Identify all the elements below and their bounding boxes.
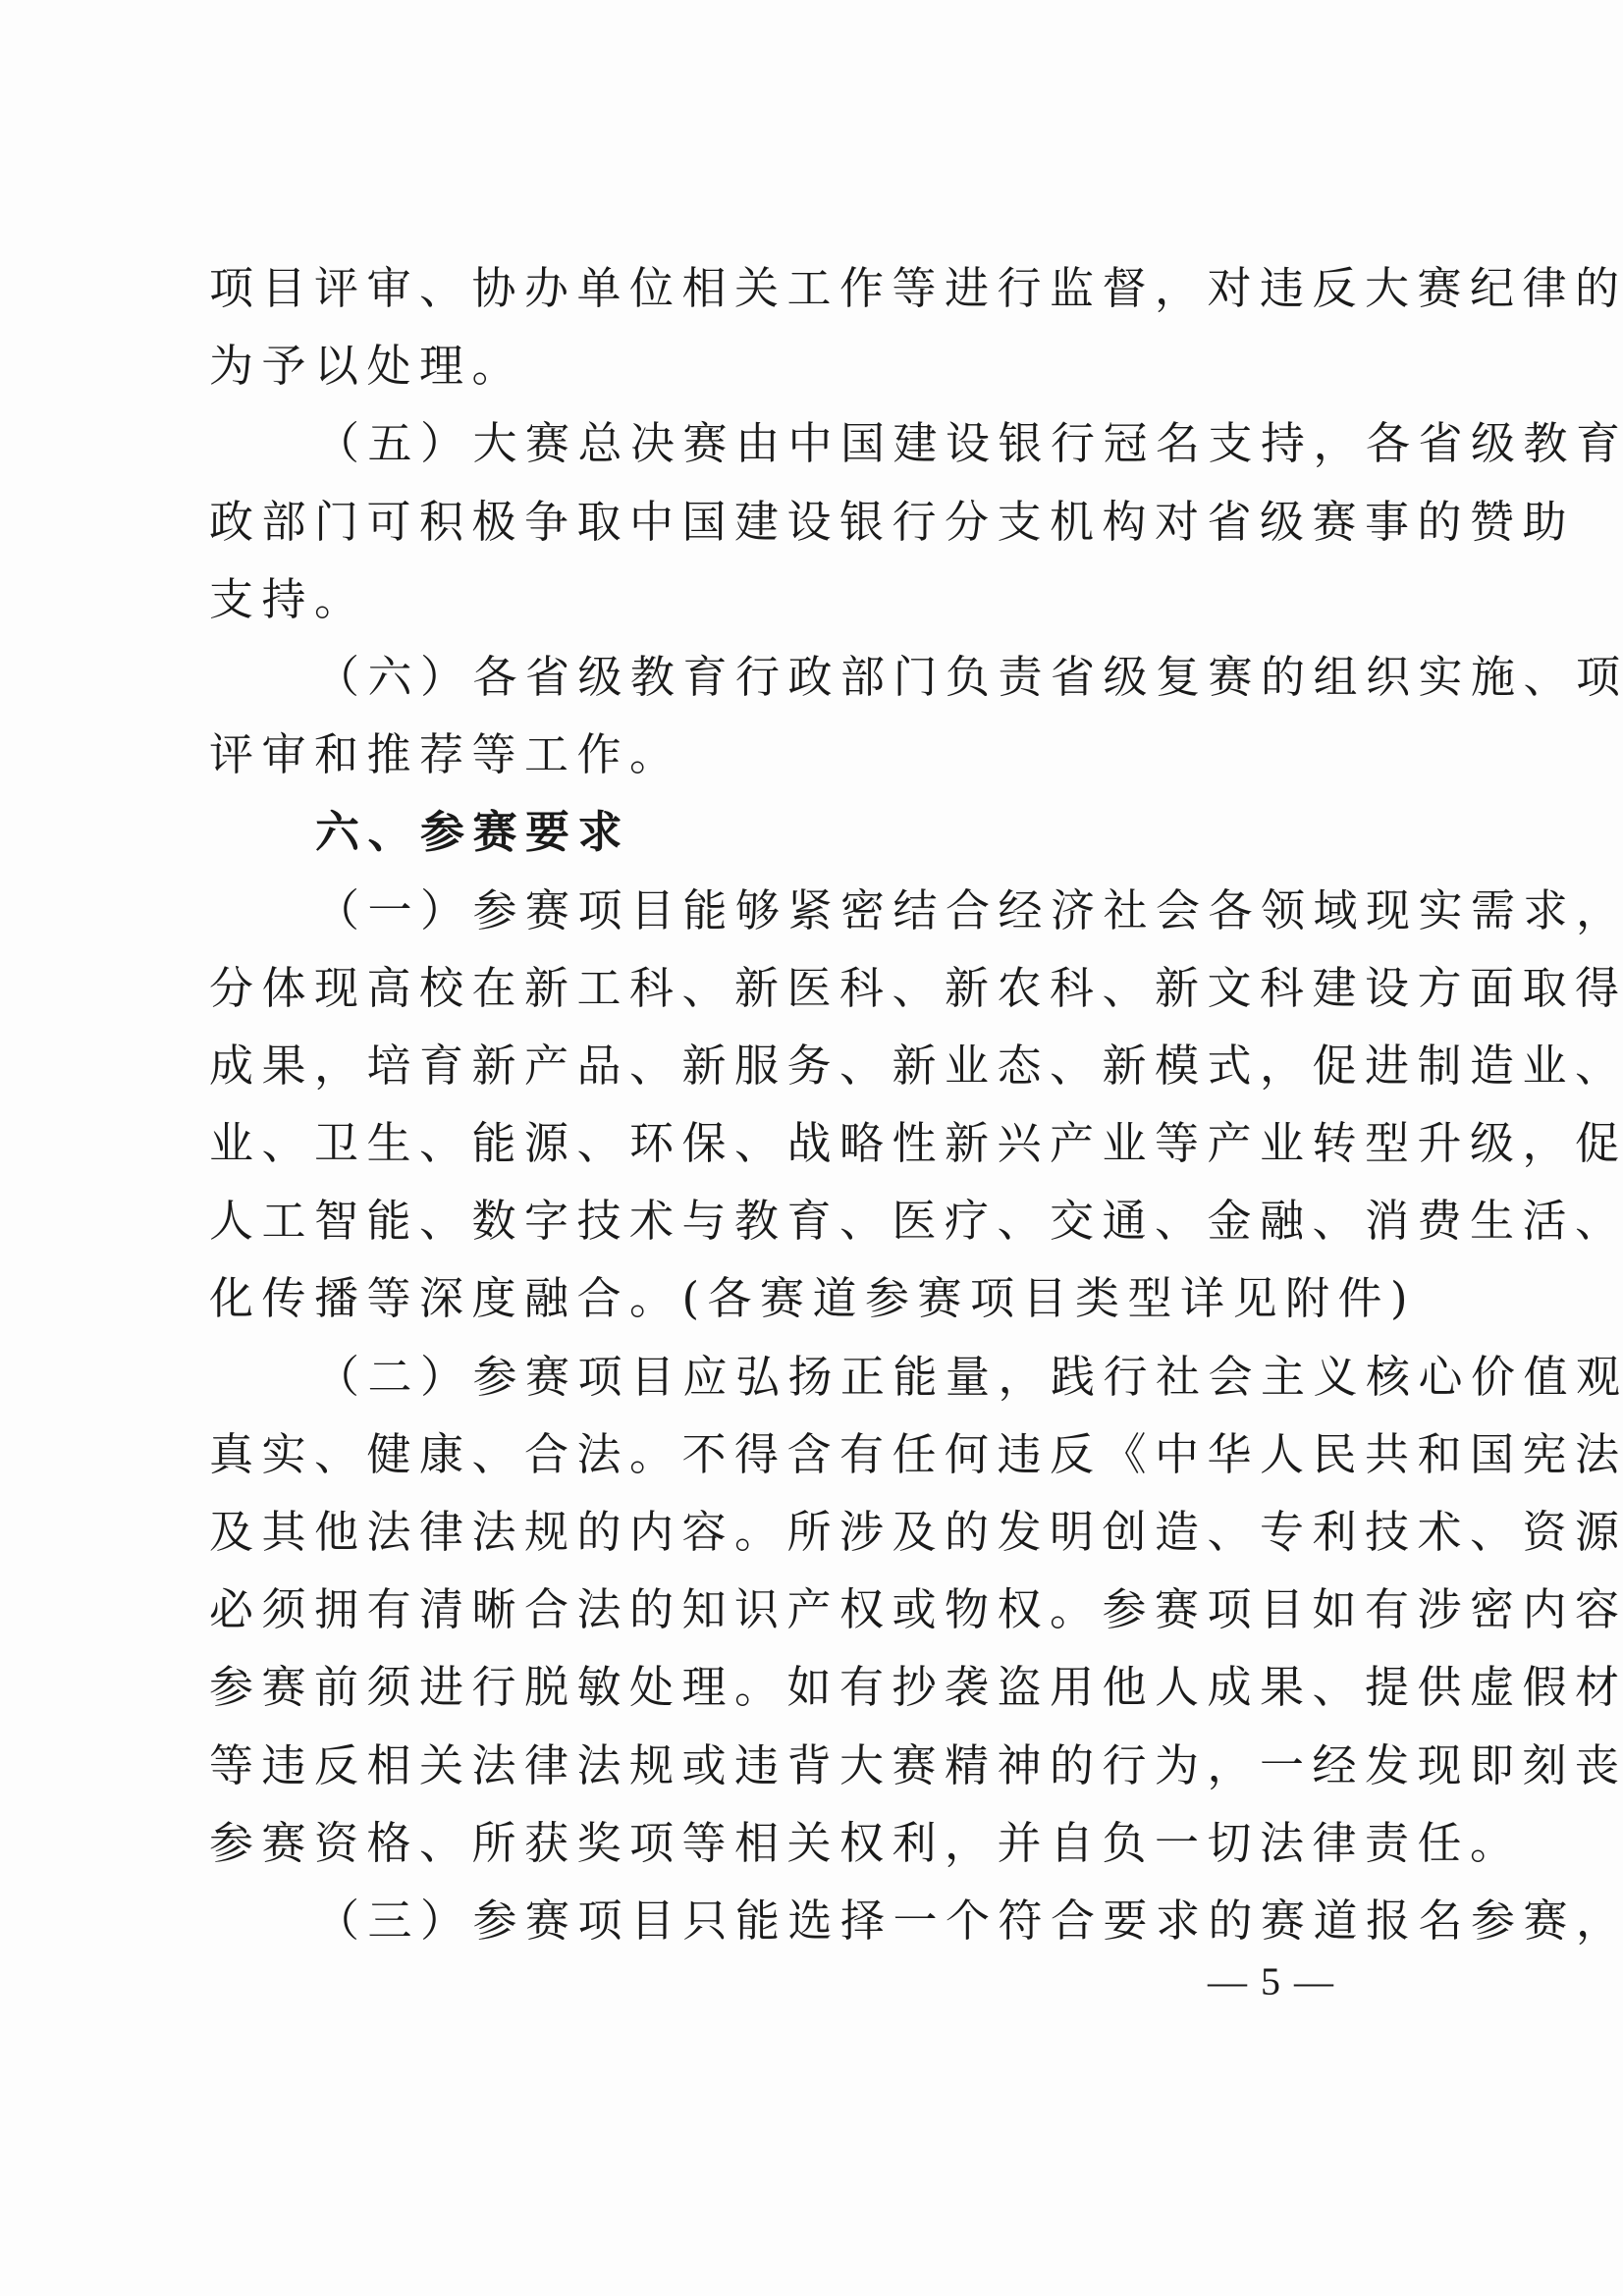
text-line: 业、卫生、能源、环保、战略性新兴产业等产业转型升级，促进	[209, 1104, 1382, 1182]
paragraph-item-2-line: （二）参赛项目应弘扬正能量，践行社会主义核心价值观，	[209, 1338, 1382, 1415]
text-line: 项目评审、协办单位相关工作等进行监督，对违反大赛纪律的行	[209, 249, 1382, 327]
text-line: 分体现高校在新工科、新医科、新农科、新文科建设方面取得的	[209, 949, 1382, 1027]
text-line: 为予以处理。	[209, 327, 1382, 404]
text-line: 化传播等深度融合。(各赛道参赛项目类型详见附件)	[209, 1259, 1382, 1337]
text-line: 参赛资格、所获奖项等相关权利，并自负一切法律责任。	[209, 1804, 1382, 1882]
paragraph-item-5-line: （五）大赛总决赛由中国建设银行冠名支持，各省级教育行	[209, 404, 1382, 482]
text-line: 成果，培育新产品、新服务、新业态、新模式，促进制造业、农	[209, 1027, 1382, 1104]
section-heading: 六、参赛要求	[209, 793, 1382, 871]
page-number: — 5 —	[1208, 1958, 1335, 2004]
text-line: 评审和推荐等工作。	[209, 716, 1382, 793]
text-line: 人工智能、数字技术与教育、医疗、交通、金融、消费生活、文	[209, 1182, 1382, 1259]
document-body: 项目评审、协办单位相关工作等进行监督，对违反大赛纪律的行 为予以处理。 （五）大…	[209, 249, 1382, 1959]
paragraph-item-1-line: （一）参赛项目能够紧密结合经济社会各领域现实需求，充	[209, 872, 1382, 949]
text-line: 真实、健康、合法。不得含有任何违反《中华人民共和国宪法》	[209, 1415, 1382, 1493]
text-line: 参赛前须进行脱敏处理。如有抄袭盗用他人成果、提供虚假材料	[209, 1648, 1382, 1726]
text-line: 必须拥有清晰合法的知识产权或物权。参赛项目如有涉密内容，	[209, 1571, 1382, 1648]
paragraph-item-3-line: （三）参赛项目只能选择一个符合要求的赛道报名参赛，根	[209, 1882, 1382, 1959]
text-line: 等违反相关法律法规或违背大赛精神的行为，一经发现即刻丧失	[209, 1727, 1382, 1804]
text-line: 支持。	[209, 561, 1382, 638]
text-line: 及其他法律法规的内容。所涉及的发明创造、专利技术、资源等	[209, 1493, 1382, 1571]
document-page: 项目评审、协办单位相关工作等进行监督，对违反大赛纪律的行 为予以处理。 （五）大…	[0, 0, 1623, 2296]
paragraph-item-6-line: （六）各省级教育行政部门负责省级复赛的组织实施、项目	[209, 638, 1382, 716]
text-line: 政部门可积极争取中国建设银行分支机构对省级赛事的赞助	[209, 483, 1382, 561]
